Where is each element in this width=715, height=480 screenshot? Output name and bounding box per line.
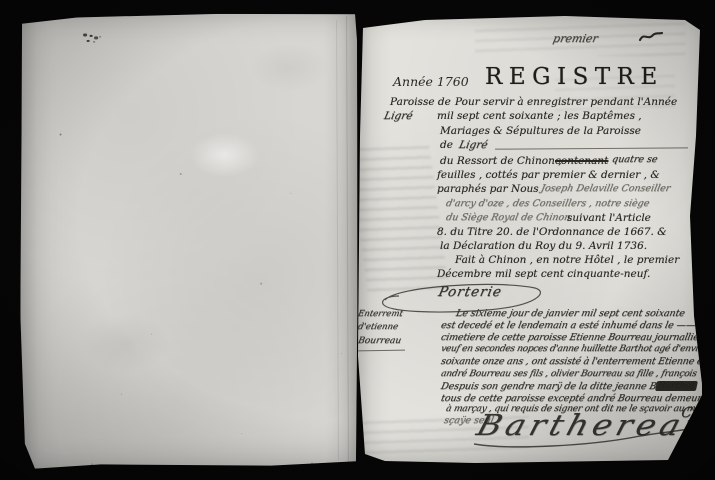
record-line: soixante onze ans , ont assisté à l'ente… <box>440 357 707 367</box>
blotted-word: Barthot <box>655 381 698 391</box>
year-label: Année 1760 <box>393 74 469 89</box>
folio-note: premier <box>552 33 599 44</box>
form-line-11: la Déclaration du Roy du 9. Avril 1736. <box>440 241 647 252</box>
form-line-5-struck: contenant <box>555 156 608 167</box>
form-line-12: Fait à Chinon , en notre Hôtel , le prem… <box>455 255 679 266</box>
right-page: premier Année 1760 REGISTRE Paroisse de … <box>355 16 705 464</box>
paper-stain <box>190 133 260 178</box>
left-page <box>19 12 359 468</box>
form-paroisse-label: Paroisse de <box>390 97 451 108</box>
record-line: veuf en secondes nopces d'anne huillette… <box>440 345 713 354</box>
paper-specks <box>60 134 62 136</box>
form-line-5-print: du Ressort de Chinon , <box>440 156 562 167</box>
scanned-register-photo: premier Année 1760 REGISTRE Paroisse de … <box>0 0 715 480</box>
margin-note-line: Enterremt <box>357 310 404 319</box>
record-line: andré Bourreau ses fils , olivier Bourre… <box>440 370 697 379</box>
form-line-5-hand: quatre se <box>611 155 658 165</box>
form-line-2: mil sept cent soixante ; les Baptêmes , <box>437 111 642 122</box>
ink-bleedthrough <box>346 141 449 291</box>
paper-stain <box>249 42 329 92</box>
record-line: cimetiere de cette paroisse Etienne Bour… <box>440 333 704 343</box>
signature-underline-icon <box>470 426 700 450</box>
margin-note-line: Bourreau <box>357 337 402 346</box>
gutter-crease <box>346 16 349 464</box>
form-paroisse-value: Ligré <box>383 111 414 122</box>
margin-note-underline <box>357 350 405 352</box>
fill-in-rule <box>495 147 688 149</box>
record-line: est decedé et le lendemain a esté inhumé… <box>440 321 696 331</box>
official-signature: Porterie <box>437 286 503 300</box>
margin-note-line: d'etienne <box>357 323 399 332</box>
form-line-10: 8. du Titre 20. de l'Ordonnance de 1667.… <box>437 227 667 238</box>
form-line-8-hand: d'arcy d'oze , des Conseillers , notre s… <box>445 199 650 209</box>
form-line-7-print: paraphés par Nous <box>437 184 539 195</box>
cure-signature-title: Curé <box>680 406 715 420</box>
form-line-7-hand: Joseph Delaville Conseiller <box>540 184 671 194</box>
gutter-crease <box>336 20 339 460</box>
form-line-4-print: de <box>440 140 453 151</box>
register-title: REGISTRE <box>485 64 664 90</box>
form-line-4-hand: Ligré <box>458 140 489 151</box>
form-line-9-hand: du Siège Royal de Chinon <box>445 213 571 223</box>
record-line: Le sixieme jour de janvier mil sept cent… <box>455 309 686 319</box>
folio-paraph-icon <box>638 31 664 43</box>
form-line-6: feuilles , cottés par premier & dernier … <box>437 170 660 181</box>
form-line-9-print: suivant l'Article <box>567 213 651 224</box>
paper-stain <box>80 313 170 373</box>
record-line: tous de cette paroisse excepté andré Bou… <box>440 394 715 404</box>
ink-blot <box>83 33 87 36</box>
form-line-3: Mariages & Sépultures de la Paroisse <box>440 126 641 137</box>
form-line-1: Pour servir à enregistrer pendant l'Anné… <box>455 97 677 108</box>
